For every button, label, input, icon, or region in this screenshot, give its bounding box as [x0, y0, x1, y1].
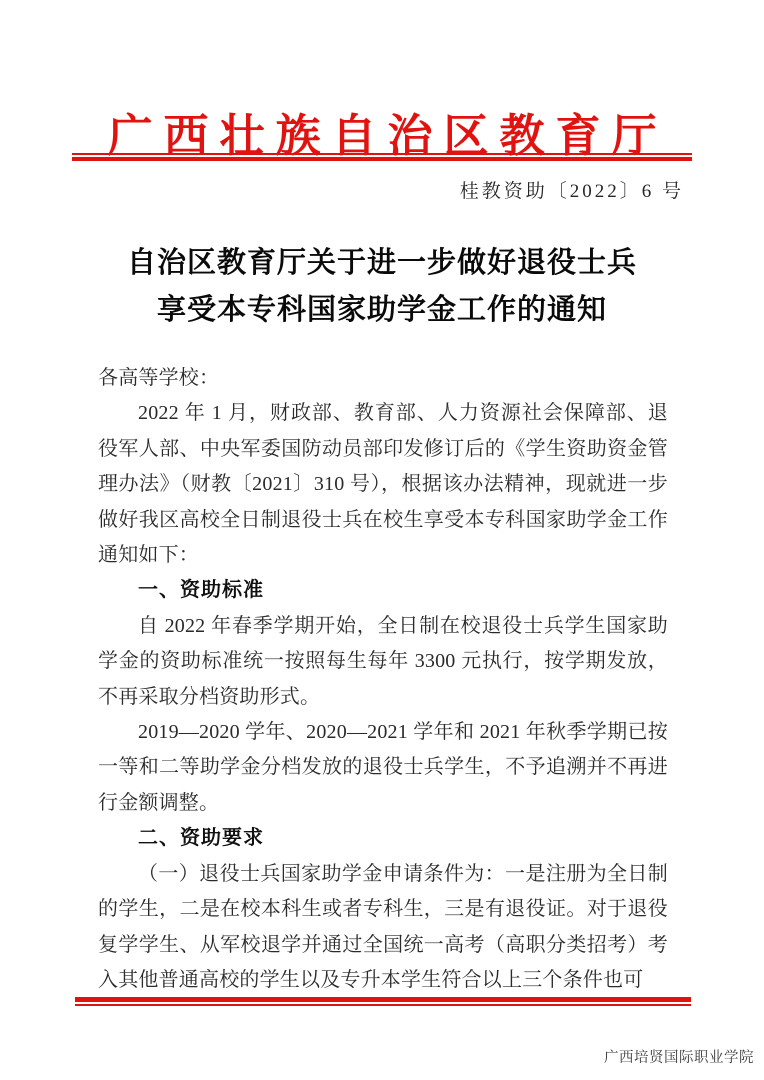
salutation: 各高等学校： — [98, 361, 668, 396]
divider-thin-line — [75, 1004, 691, 1006]
paragraph-past-years: 2019—2020 学年、2020—2021 学年和 2021 年秋季学期已按一… — [98, 715, 668, 821]
document-page: 广西壮族自治区教育厅 桂教资助〔2022〕6 号 自治区教育厅关于进一步做好退役… — [0, 0, 764, 1080]
doc-number: 桂教资助〔2022〕6 号 — [100, 176, 684, 203]
footer-institution-name: 广西培贤国际职业学院 — [604, 1046, 754, 1067]
paragraph-intro: 2022 年 1 月，财政部、教育部、人力资源社会保障部、退役军人部、中央军委国… — [98, 396, 668, 573]
paragraph-funding-standard: 自 2022 年春季学期开始，全日制在校退役士兵学生国家助学金的资助标准统一按照… — [98, 609, 668, 715]
document-title-line-1: 自治区教育厅关于进一步做好退役士兵 — [0, 240, 764, 287]
section-heading-2: 二、资助要求 — [98, 821, 668, 856]
document-body: 各高等学校： 2022 年 1 月，财政部、教育部、人力资源社会保障部、退役军人… — [98, 361, 668, 998]
divider-thin-line — [72, 153, 692, 155]
letterhead-divider — [72, 153, 692, 161]
document-title-line-2: 享受本专科国家助学金工作的通知 — [0, 287, 764, 334]
divider-thick-line — [75, 997, 691, 1002]
divider-thick-line — [72, 157, 692, 161]
footer-divider — [75, 997, 691, 1006]
document-title: 自治区教育厅关于进一步做好退役士兵 享受本专科国家助学金工作的通知 — [0, 240, 764, 334]
section-heading-1: 一、资助标准 — [98, 573, 668, 608]
paragraph-application-conditions: （一）退役士兵国家助学金申请条件为：一是注册为全日制的学生，二是在校本科生或者专… — [98, 857, 668, 999]
